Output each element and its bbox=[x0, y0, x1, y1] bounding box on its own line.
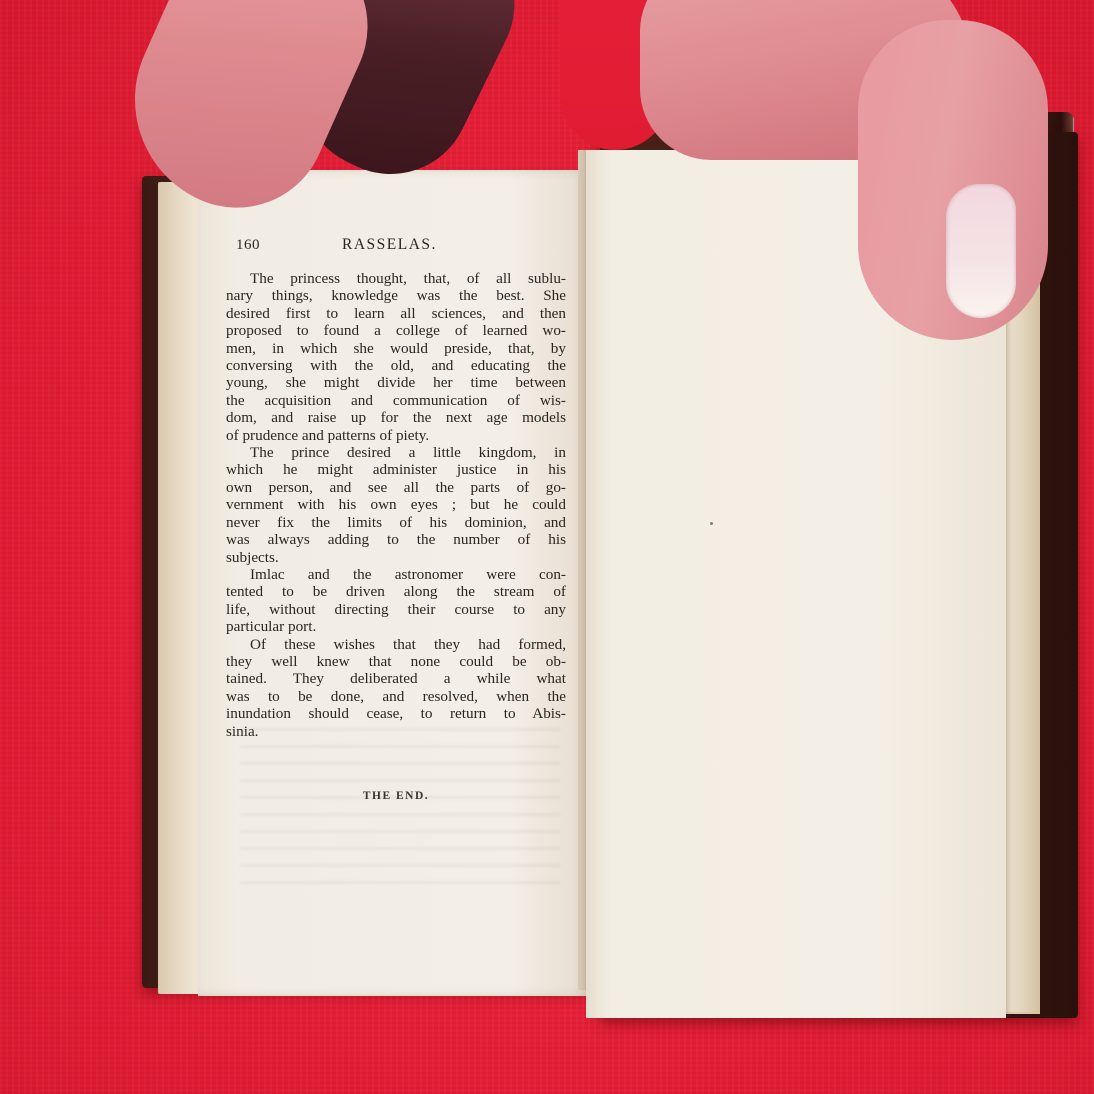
text-line: tained. They deliberated a while what bbox=[226, 670, 566, 687]
text-line: subjects. bbox=[226, 549, 566, 566]
running-head: 160 RASSELAS. bbox=[226, 236, 566, 262]
text-show-through bbox=[240, 728, 560, 893]
text-line: the acquisition and communication of wis… bbox=[226, 392, 566, 409]
thumbnail bbox=[946, 184, 1016, 318]
paragraph-wishes: Of these wishes that they had formed, th… bbox=[226, 636, 566, 740]
text-line: they well knew that none could be ob- bbox=[226, 653, 566, 670]
text-line: Imlac and the astronomer were con- bbox=[226, 566, 566, 583]
text-line: particular port. bbox=[226, 618, 566, 635]
text-line: was always adding to the number of his bbox=[226, 531, 566, 548]
text-line: proposed to found a college of learned w… bbox=[226, 322, 566, 339]
text-line: own person, and see all the parts of go- bbox=[226, 479, 566, 496]
text-line: dom, and raise up for the next age model… bbox=[226, 409, 566, 426]
text-line: inundation should cease, to return to Ab… bbox=[226, 705, 566, 722]
the-end-colophon: THE END. bbox=[226, 790, 566, 802]
text-line: tented to be driven along the stream of bbox=[226, 583, 566, 600]
text-line: The prince desired a little kingdom, in bbox=[226, 444, 566, 461]
text-line: The princess thought, that, of all sublu… bbox=[226, 270, 566, 287]
printed-text-block: 160 RASSELAS. The princess thought, that… bbox=[226, 236, 566, 740]
text-line: desired first to learn all sciences, and… bbox=[226, 305, 566, 322]
text-line: life, without directing their course to … bbox=[226, 601, 566, 618]
text-line: men, in which she would preside, that, b… bbox=[226, 340, 566, 357]
paper-speck bbox=[710, 522, 713, 525]
page-number: 160 bbox=[226, 237, 342, 254]
text-line: young, she might divide her time between bbox=[226, 374, 566, 391]
text-line: vernment with his own eyes ; but he coul… bbox=[226, 496, 566, 513]
text-line: conversing with the old, and educating t… bbox=[226, 357, 566, 374]
paragraph-imlac: Imlac and the astronomer were con- tente… bbox=[226, 566, 566, 636]
text-line: which he might administer justice in his bbox=[226, 461, 566, 478]
text-line: never fix the limits of his dominion, an… bbox=[226, 514, 566, 531]
paragraph-prince: The prince desired a little kingdom, in … bbox=[226, 444, 566, 566]
text-line: Of these wishes that they had formed, bbox=[226, 636, 566, 653]
text-line: sinia. bbox=[226, 723, 566, 740]
running-title: RASSELAS. bbox=[342, 236, 437, 254]
text-line: of prudence and patterns of piety. bbox=[226, 427, 566, 444]
text-line: nary things, knowledge was the best. She bbox=[226, 287, 566, 304]
paragraph-princess: The princess thought, that, of all sublu… bbox=[226, 270, 566, 444]
text-line: was to be done, and resolved, when the bbox=[226, 688, 566, 705]
